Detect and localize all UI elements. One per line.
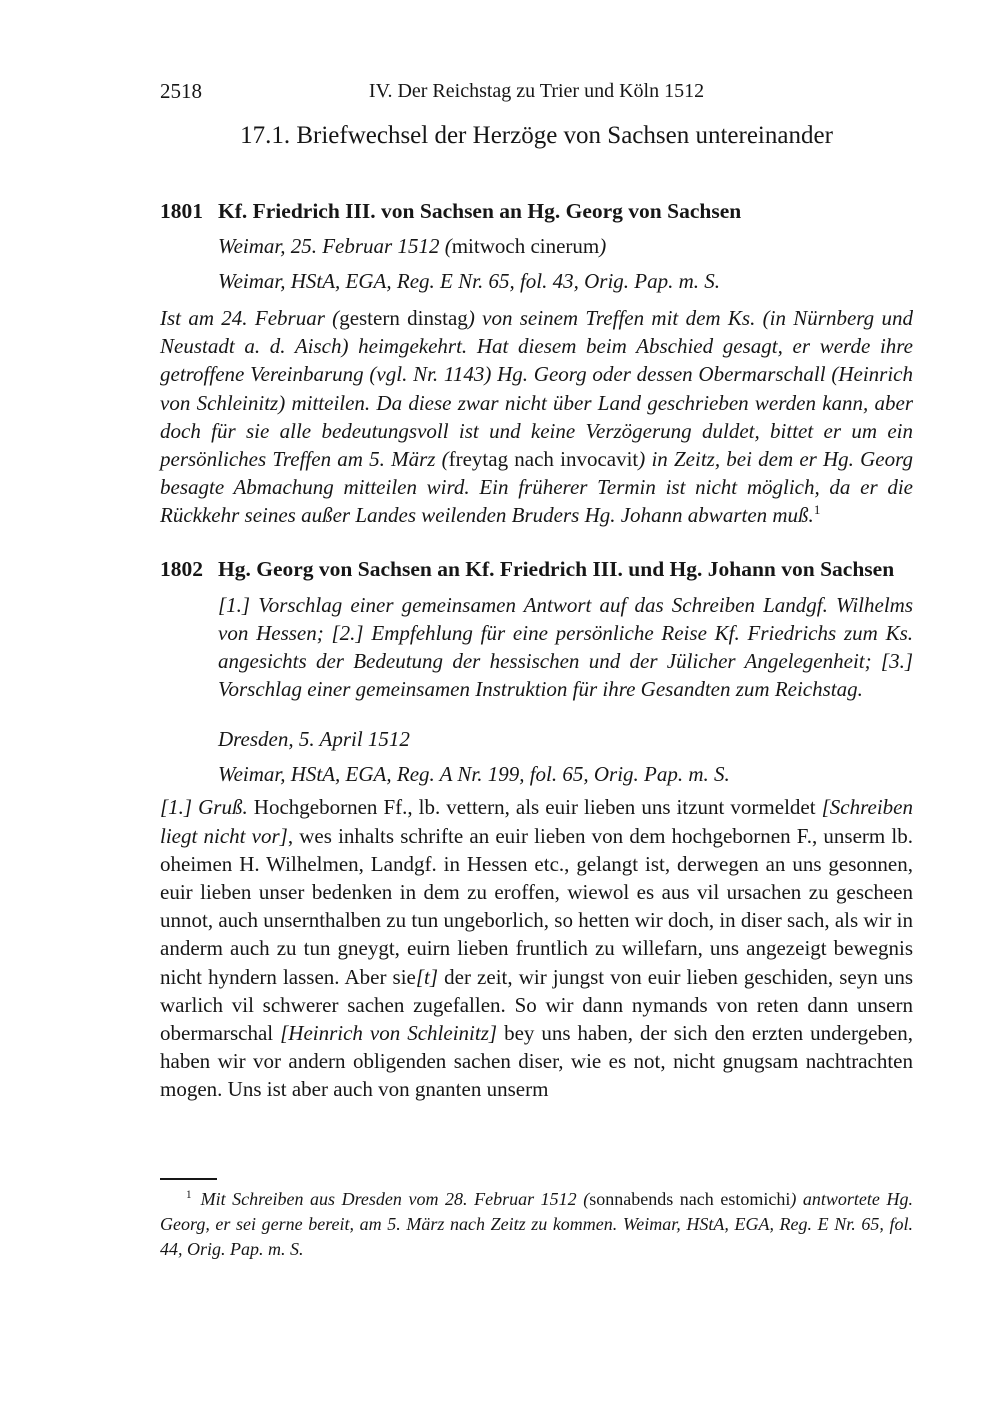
page-content: 2518 IV. Der Reichstag zu Trier und Köln…	[160, 78, 913, 1125]
book-page: 2518 IV. Der Reichstag zu Trier und Köln…	[0, 0, 1004, 1418]
page-header: 2518 IV. Der Reichstag zu Trier und Köln…	[160, 78, 913, 104]
entry-1802-heading: 1802 Hg. Georg von Sachsen an Kf. Friedr…	[160, 554, 913, 584]
running-title: IV. Der Reichstag zu Trier und Köln 1512	[160, 78, 913, 104]
footnote-1: 1Mit Schreiben aus Dresden vom 28. Febru…	[160, 1187, 913, 1262]
entry-1801-heading: 1801 Kf. Friedrich III. von Sachsen an H…	[160, 196, 913, 226]
entry-1801-archive-line: Weimar, HStA, EGA, Reg. E Nr. 65, fol. 4…	[218, 266, 913, 297]
section-title: 17.1. Briefwechsel der Herzöge von Sachs…	[160, 120, 913, 152]
entry-1802-number: 1802	[160, 554, 203, 584]
entry-1802-title: Hg. Georg von Sachsen an Kf. Friedrich I…	[218, 557, 894, 581]
entry-1802-summary: [1.] Vorschlag einer gemeinsamen Antwort…	[218, 591, 913, 704]
entry-1802-date-line: Dresden, 5. April 1512	[218, 724, 913, 755]
entry-1801: 1801 Kf. Friedrich III. von Sachsen an H…	[160, 196, 913, 530]
entry-1801-summary: Ist am 24. Februar (gestern dinstag) von…	[160, 304, 913, 530]
footnote-area: 1Mit Schreiben aus Dresden vom 28. Febru…	[160, 1178, 913, 1262]
entry-1802-archive-line: Weimar, HStA, EGA, Reg. A Nr. 199, fol. …	[218, 759, 913, 790]
entry-1801-title: Kf. Friedrich III. von Sachsen an Hg. Ge…	[218, 199, 741, 223]
page-number: 2518	[160, 78, 202, 104]
entry-1802-body: [1.] Gruß. Hochgebornen Ff., lb. vettern…	[160, 793, 913, 1103]
entry-1801-number: 1801	[160, 196, 203, 226]
entry-1802: 1802 Hg. Georg von Sachsen an Kf. Friedr…	[160, 554, 913, 1104]
footnote-separator	[160, 1178, 217, 1180]
entry-1801-date-line: Weimar, 25. Februar 1512 (mitwoch cineru…	[218, 231, 913, 262]
